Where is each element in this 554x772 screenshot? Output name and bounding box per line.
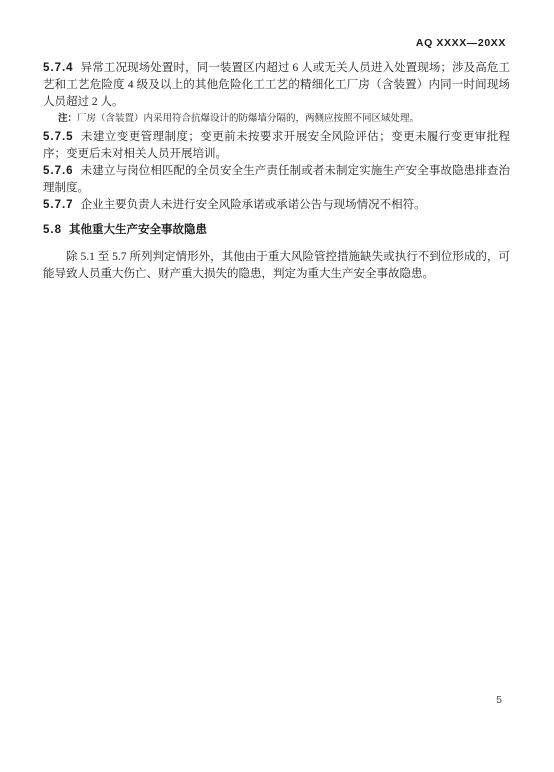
page-content: 5.7.4异常工况现场处置时，同一装置区内超过 6 人或无关人员进入处置现场；涉…: [43, 60, 510, 283]
clause-number: 5.7.5: [43, 131, 74, 143]
clause-5-7-5: 5.7.5未建立变更管理制度；变更前未按要求开展安全风险评估；变更未履行变更审批…: [43, 129, 510, 163]
clause-text: 未建立变更管理制度；变更前未按要求开展安全风险评估；变更未履行变更审批程序；变更…: [43, 131, 510, 160]
clause-text: 异常工况现场处置时，同一装置区内超过 6 人或无关人员进入处置现场；涉及高危工艺…: [43, 62, 510, 108]
section-number: 5.8: [43, 224, 62, 236]
note-text: 厂房（含装置）内采用符合抗爆设计的防爆墙分隔的，两侧应按照不同区域处理。: [77, 114, 419, 124]
page-number: 5: [496, 694, 502, 706]
clause-text: 未建立与岗位相匹配的全员安全生产责任制或者未制定实施生产安全事故隐患排查治理制度…: [43, 165, 510, 194]
clause-note: 注：厂房（含装置）内采用符合抗爆设计的防爆墙分隔的，两侧应按照不同区域处理。: [43, 113, 510, 126]
clause-5-7-6: 5.7.6未建立与岗位相匹配的全员安全生产责任制或者未制定实施生产安全事故隐患排…: [43, 163, 510, 197]
clause-5-7-7: 5.7.7企业主要负责人未进行安全风险承诺或承诺公告与现场情况不相符。: [43, 197, 510, 214]
clause-5-7-4: 5.7.4异常工况现场处置时，同一装置区内超过 6 人或无关人员进入处置现场；涉…: [43, 60, 510, 111]
clause-number: 5.7.7: [43, 199, 74, 211]
section-5-8-paragraph: 除 5.1 至 5.7 所列判定情形外，其他由于重大风险管控措施缺失或执行不到位…: [43, 249, 510, 283]
note-label: 注：: [58, 113, 77, 124]
clause-number: 5.7.6: [43, 165, 74, 177]
document-code-header: AQ XXXX—20XX: [416, 37, 506, 49]
document-page: AQ XXXX—20XX 5.7.4异常工况现场处置时，同一装置区内超过 6 人…: [0, 0, 554, 772]
section-title: 其他重大生产安全事故隐患: [69, 224, 207, 236]
clause-text: 企业主要负责人未进行安全风险承诺或承诺公告与现场情况不相符。: [81, 199, 426, 211]
section-heading-5-8: 5.8其他重大生产安全事故隐患: [43, 222, 510, 239]
clause-number: 5.7.4: [43, 62, 74, 74]
